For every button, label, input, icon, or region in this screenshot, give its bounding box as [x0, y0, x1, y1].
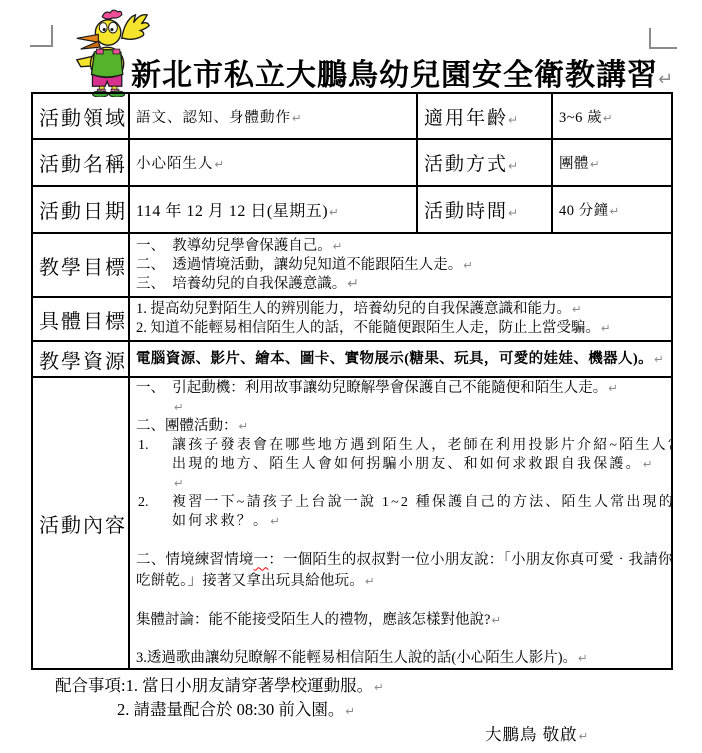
paragraph-mark: ↵ [345, 704, 355, 718]
empty-line [136, 592, 665, 611]
row-value-cell: 語文、認知、身體動作↵ [129, 93, 417, 139]
cooperation-note-line2: 2. 請盡量配合於 08:30 前入園。↵ [117, 696, 355, 720]
mascot-eye-left [99, 23, 107, 33]
mascot-shirt-strap-right [113, 49, 120, 54]
paragraph-mark: ↵ [329, 205, 339, 219]
paragraph-mark: ↵ [610, 204, 620, 218]
motivation-paragraph: 一、 引起動機：利用故事讓幼兒瞭解學會保護自己不能隨便和陌生人走。↵ [136, 379, 665, 398]
item-number: 1. [138, 436, 149, 455]
empty-line [136, 630, 665, 649]
table-row-activity-content: 活動內容↵ 一、 引起動機：利用故事讓幼兒瞭解學會保護自己不能隨便和陌生人走。↵… [32, 377, 672, 669]
group-activity-item-1-continued: 出現的地方、陌生人會如何拐騙小朋友、和如何求救跟自我保護。↵ [136, 455, 665, 474]
item-text-line1: 複習一下~請孩子上台說一說 1~2 種保護自己的方法、陌生人常出現的地方、和 [172, 495, 672, 510]
paragraph-mark: ↵ [333, 239, 343, 253]
row-label: 活動日期 [39, 201, 127, 223]
row-label2-cell: 活動時間↵ [417, 186, 552, 233]
mascot-pupil-right [110, 28, 113, 31]
row-label: 活動內容 [39, 515, 127, 537]
concrete-goals-cell: 1. 提高幼兒對陌生人的辨別能力，培養幼兒的自我保護意識和能力。↵ 2. 知道不… [129, 297, 672, 341]
paragraph-mark: ↵ [491, 613, 501, 627]
goal-line: 1. 提高幼兒對陌生人的辨別能力，培養幼兒的自我保護意識和能力。 [136, 301, 571, 317]
empty-line [136, 531, 665, 550]
table-row-activity-date: 活動日期↵ 114 年 12 月 12 日(星期五)↵ 活動時間↵ 40 分鐘↵ [32, 186, 672, 233]
paragraph-mark: ↵ [579, 729, 589, 743]
group-activity-item-2: 2.複習一下~請孩子上台說一說 1~2 種保護自己的方法、陌生人常出現的地方、和 [136, 493, 665, 512]
row-label2: 活動方式 [424, 154, 508, 175]
goal-line: 2. 知道不能輕易相信陌生人的話，不能隨便跟陌生人走，防止上當受騙。 [136, 320, 600, 336]
row-value2-cell: 3~6 歲↵ [552, 93, 672, 139]
activity-content-cell: 一、 引起動機：利用故事讓幼兒瞭解學會保護自己不能隨便和陌生人走。↵ ↵ 二、團… [129, 377, 672, 669]
signature: 大鵬鳥 敬啟↵ [485, 721, 588, 745]
paragraph-mark: ↵ [174, 476, 184, 490]
situation-practice-continued: 吃餅乾。」接著又拿出玩具給他玩。↵ [136, 571, 665, 592]
row-label-cell: 具體目標↵ [32, 297, 129, 341]
paragraph-mark: ↵ [603, 111, 613, 125]
row-value2: 40 分鐘 [559, 203, 609, 219]
group-activity-item-2-continued: 如何求救？。↵ [136, 512, 665, 531]
row-label2-cell: 活動方式↵ [417, 139, 552, 186]
empty-line: ↵ [136, 398, 665, 417]
row-value-cell: 114 年 12 月 12 日(星期五)↵ [129, 186, 417, 233]
row-value2-cell: 團體↵ [552, 139, 672, 186]
row-value: 114 年 12 月 12 日(星期五) [136, 203, 328, 220]
goal-line: 三、 培養幼兒的自我保護意識。 [136, 276, 346, 292]
table-row-concrete-goals: 具體目標↵ 1. 提高幼兒對陌生人的辨別能力，培養幼兒的自我保護意識和能力。↵ … [32, 297, 672, 341]
row-value: 語文、認知、身體動作 [136, 110, 291, 126]
item-text-line2: 出現的地方、陌生人會如何拐騙小朋友、和如何求救跟自我保護。 [172, 457, 642, 472]
paragraph-mark: ↵ [365, 574, 375, 588]
situation-practice-paragraph: 二、情境練習情境一：一個陌生的叔叔對一位小朋友說：「小朋友你真可愛‧我請你 [136, 550, 665, 571]
paragraph-mark: ↵ [508, 206, 518, 220]
paragraph-mark: ↵ [292, 111, 302, 125]
row-value2: 3~6 歲 [559, 110, 602, 126]
table-row-teaching-goals: 教學目標↵ 一、 教導幼兒學會保護自己。↵ 二、 透過情境活動，讓幼兒知道不能跟… [32, 233, 672, 297]
table-row-activity-domain: 活動領域↵ 語文、認知、身體動作↵ 適用年齡↵ 3~6 歲↵ [32, 93, 672, 139]
row-label-cell: 教學目標↵ [32, 233, 129, 297]
table-row-teaching-resources: 教學資源↵ 電腦資源、影片、繪本、圖卡、實物展示(糖果、玩具，可愛的娃娃、機器人… [32, 341, 672, 377]
document-title: 新北市私立大鵬鳥幼兒園安全衛教講習↵ [131, 50, 673, 94]
table-row-activity-name: 活動名稱↵ 小心陌生人↵ 活動方式↵ 團體↵ [32, 139, 672, 186]
row-label: 活動名稱 [39, 154, 127, 176]
goal-line: 二、 透過情境活動，讓幼兒知道不能跟陌生人走。 [136, 257, 462, 273]
document-page: 新北市私立大鵬鳥幼兒園安全衛教講習↵ 活動領域↵ 語文、認知、身體動作↵ 適用年… [0, 0, 702, 753]
paragraph-mark: ↵ [508, 159, 518, 173]
mascot-head [95, 20, 120, 45]
goal-line: 一、 教導幼兒學會保護自己。 [136, 238, 332, 254]
row-label2: 活動時間 [424, 201, 508, 222]
row-label: 活動領域 [39, 108, 127, 130]
paragraph-mark: ↵ [508, 113, 518, 127]
row-value-cell: 小心陌生人↵ [129, 139, 417, 186]
paragraph-mark: ↵ [347, 276, 359, 292]
paragraph-mark: ↵ [270, 514, 280, 528]
paragraph-mark: ↵ [654, 352, 664, 366]
item-number: 2. [138, 493, 149, 512]
paragraph-mark: ↵ [578, 651, 588, 665]
row-label: 具體目標 [39, 311, 127, 333]
text-boundary-mark-top-right [649, 28, 677, 49]
cooperation-note-line1: 配合事項:1. 當日小朋友請穿著學校運動服。↵ [55, 672, 384, 696]
song-paragraph: 3.透過歌曲讓幼兒瞭解不能輕易相信陌生人說的話(小心陌生人影片)。↵ [136, 649, 665, 668]
paragraph-mark: ↵ [374, 680, 384, 694]
row-label-cell: 活動領域↵ [32, 93, 129, 139]
mascot-crest [102, 10, 122, 19]
item-text-line2: 如何求救？。 [172, 514, 269, 529]
empty-line: ↵ [136, 474, 665, 493]
mascot-beak-upper [77, 34, 99, 42]
row-label-cell: 活動日期↵ [32, 186, 129, 233]
mascot-pupil-left [103, 28, 106, 31]
teaching-resources-cell: 電腦資源、影片、繪本、圖卡、實物展示(糖果、玩具，可愛的娃娃、機器人)。↵ [129, 341, 672, 377]
paragraph-mark: ↵ [590, 157, 600, 171]
group-activity-item-1: 1.讓孩子發表會在哪些地方遇到陌生人，老師在利用投影片介紹~陌生人常 [136, 436, 665, 455]
row-label-cell: 活動內容↵ [32, 377, 129, 669]
row-label2-cell: 適用年齡↵ [417, 93, 552, 139]
row-label-cell: 教學資源↵ [32, 341, 129, 377]
row-value: 小心陌生人 [136, 156, 214, 172]
row-label: 教學資源 [39, 351, 127, 373]
paragraph-mark: ↵ [601, 321, 611, 335]
resource-line: 電腦資源、影片、繪本、圖卡、實物展示(糖果、玩具，可愛的娃娃、機器人)。 [136, 351, 653, 367]
paragraph-mark: ↵ [239, 419, 249, 433]
mascot-shirt-strap-left [96, 49, 103, 54]
group-activity-heading: 二、團體活動：↵ [136, 417, 665, 436]
paragraph-mark: ↵ [608, 381, 618, 395]
teaching-goals-cell: 一、 教導幼兒學會保護自己。↵ 二、 透過情境活動，讓幼兒知道不能跟陌生人走。↵… [129, 233, 672, 297]
mascot-raised-wing [122, 15, 149, 40]
paragraph-mark: ↵ [463, 258, 473, 272]
row-label2: 適用年齡 [424, 108, 508, 129]
item-text-line1: 讓孩子發表會在哪些地方遇到陌生人，老師在利用投影片介紹~陌生人常 [172, 438, 672, 453]
group-discussion-paragraph: 集體討論：能不能接受陌生人的禮物，應該怎樣對他說?↵ [136, 611, 665, 630]
paragraph-mark: ↵ [643, 457, 653, 471]
paragraph-mark: ↵ [572, 302, 582, 316]
row-value2: 團體 [559, 156, 589, 172]
paragraph-mark: ↵ [174, 400, 184, 414]
mascot-beak-lower [81, 41, 101, 49]
document-title-text: 新北市私立大鵬鳥幼兒園安全衛教講習 [131, 59, 658, 92]
text-boundary-mark-top-left [30, 25, 53, 47]
mascot-eye-right [109, 22, 118, 33]
paragraph-mark: ↵ [658, 69, 673, 90]
row-label: 教學目標 [39, 257, 127, 279]
spellcheck-squiggle-text: 一 [254, 552, 269, 568]
paragraph-mark: ↵ [215, 157, 225, 171]
lesson-plan-table: 活動領域↵ 語文、認知、身體動作↵ 適用年齡↵ 3~6 歲↵ 活動名稱↵ 小心陌… [31, 92, 673, 670]
row-value2-cell: 40 分鐘↵ [552, 186, 672, 233]
row-label-cell: 活動名稱↵ [32, 139, 129, 186]
